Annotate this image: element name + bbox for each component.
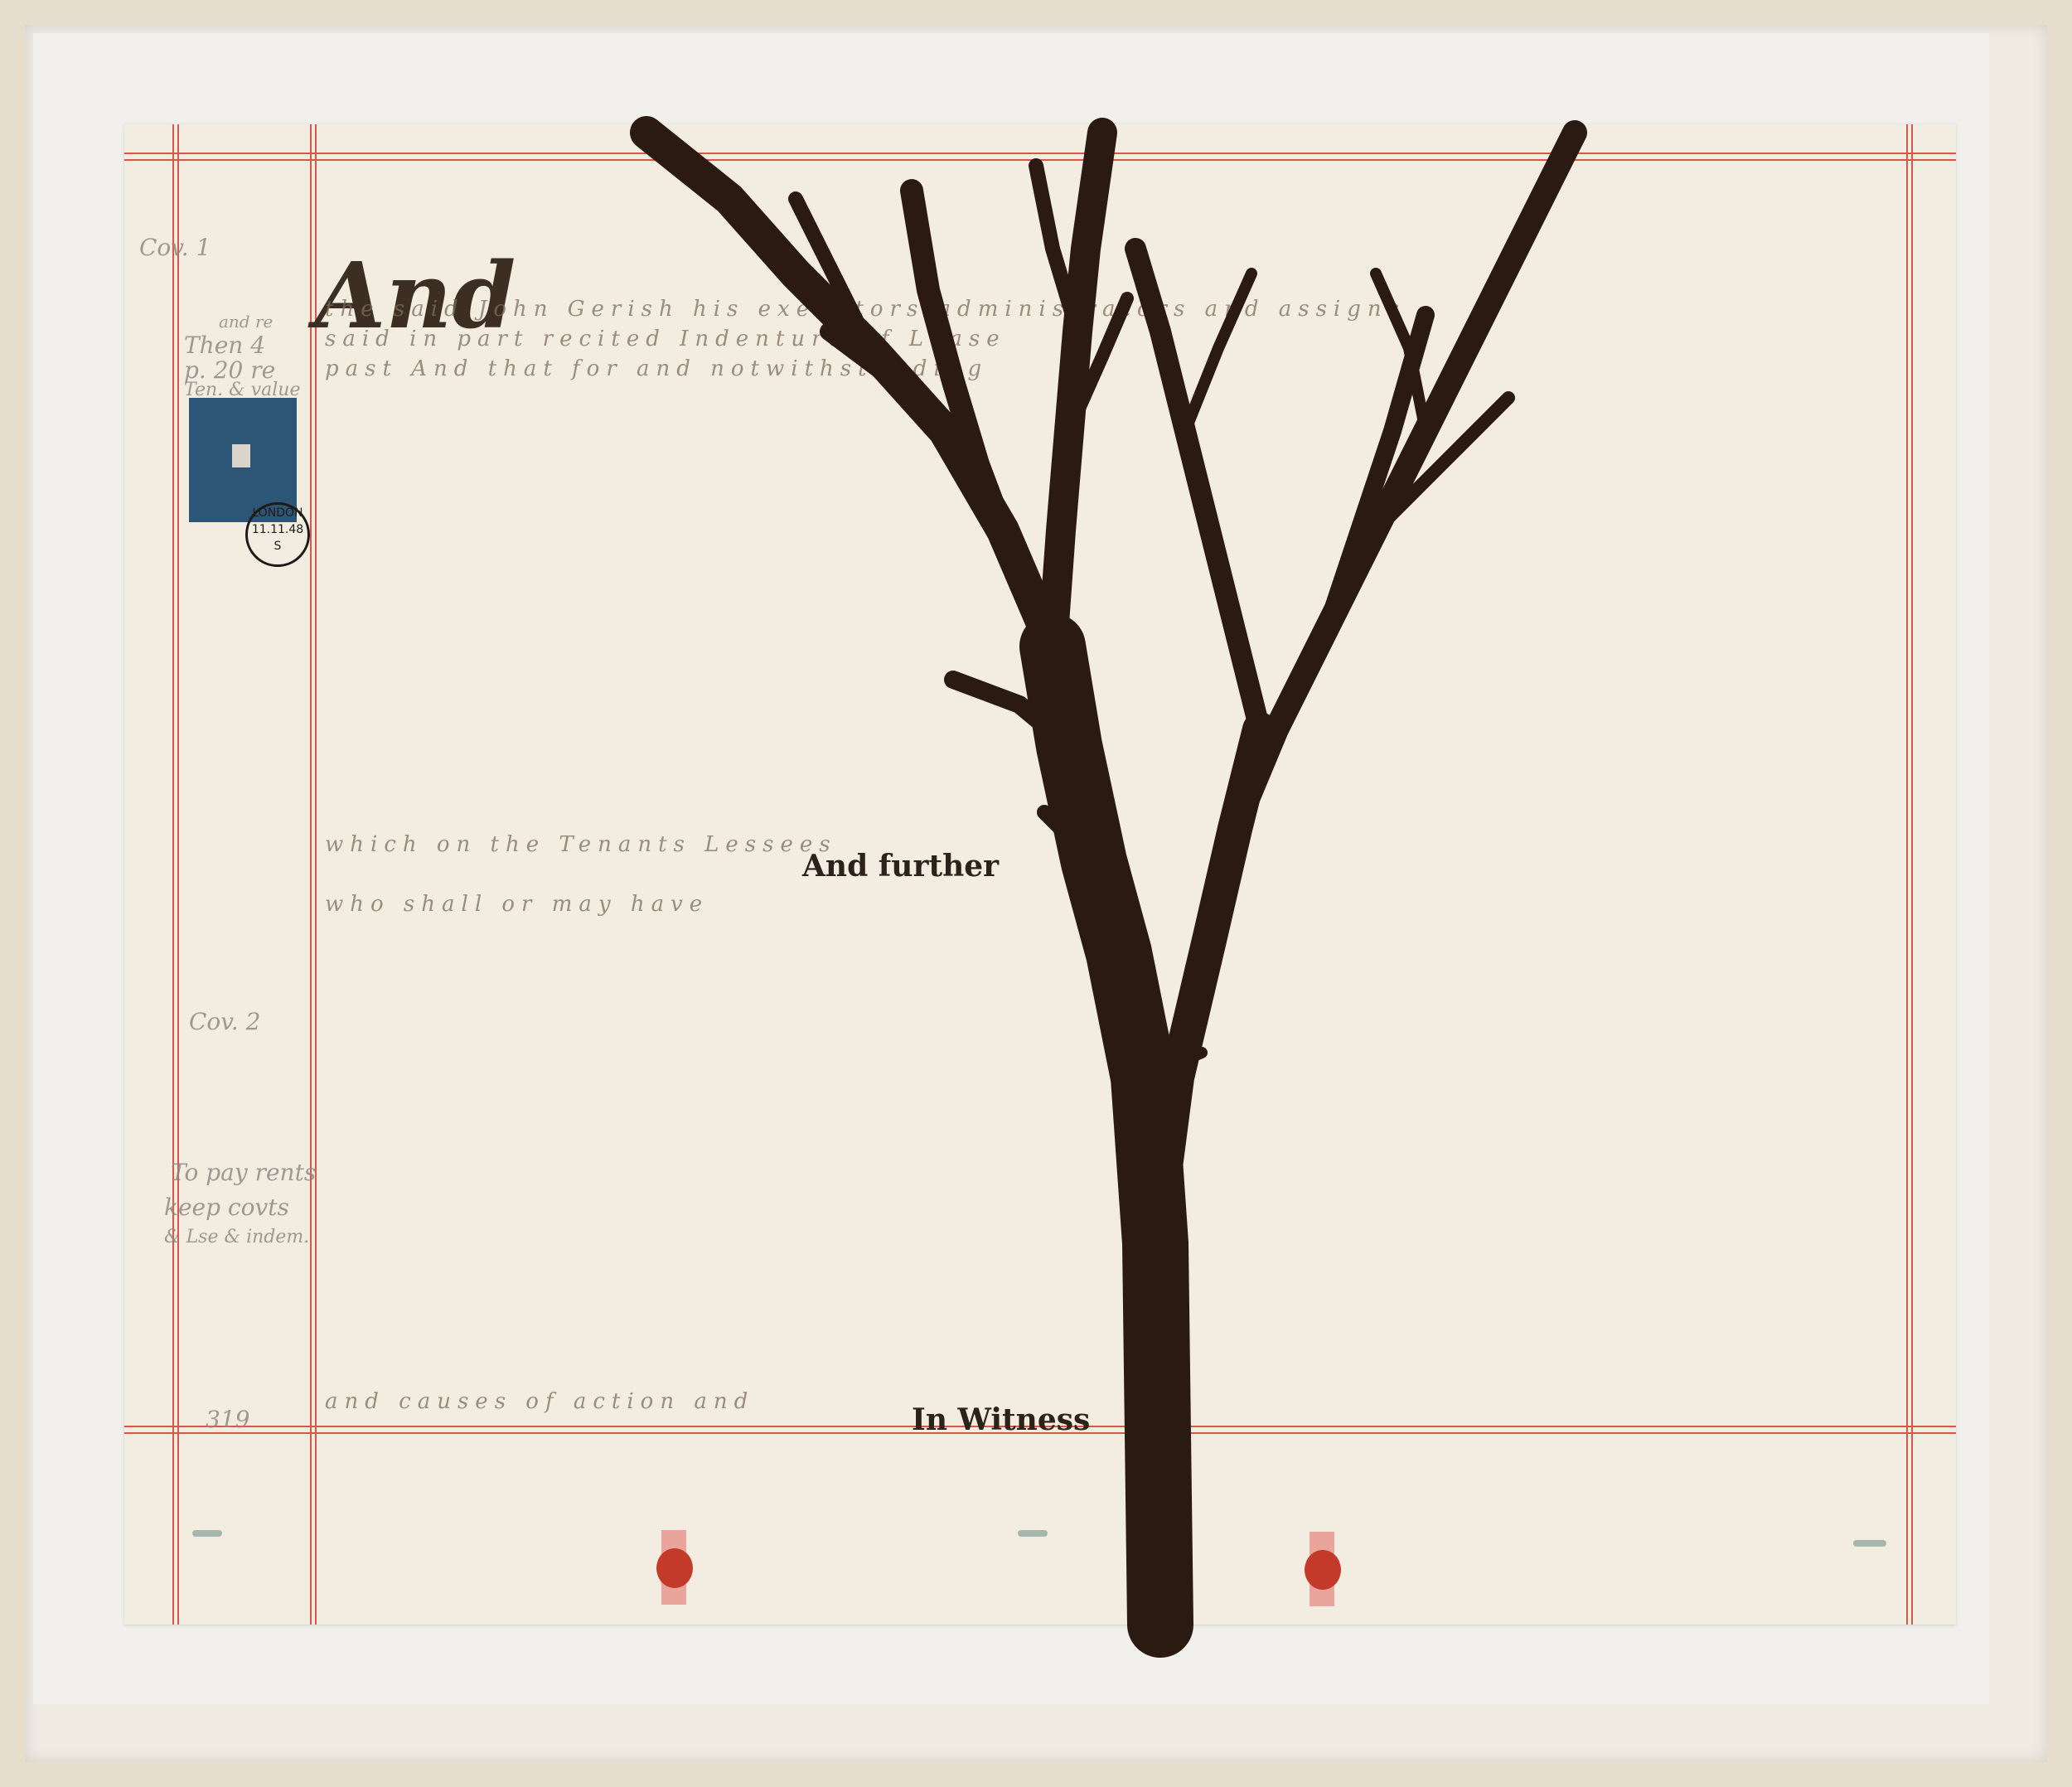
tree-silhouette-icon <box>0 0 2072 1787</box>
